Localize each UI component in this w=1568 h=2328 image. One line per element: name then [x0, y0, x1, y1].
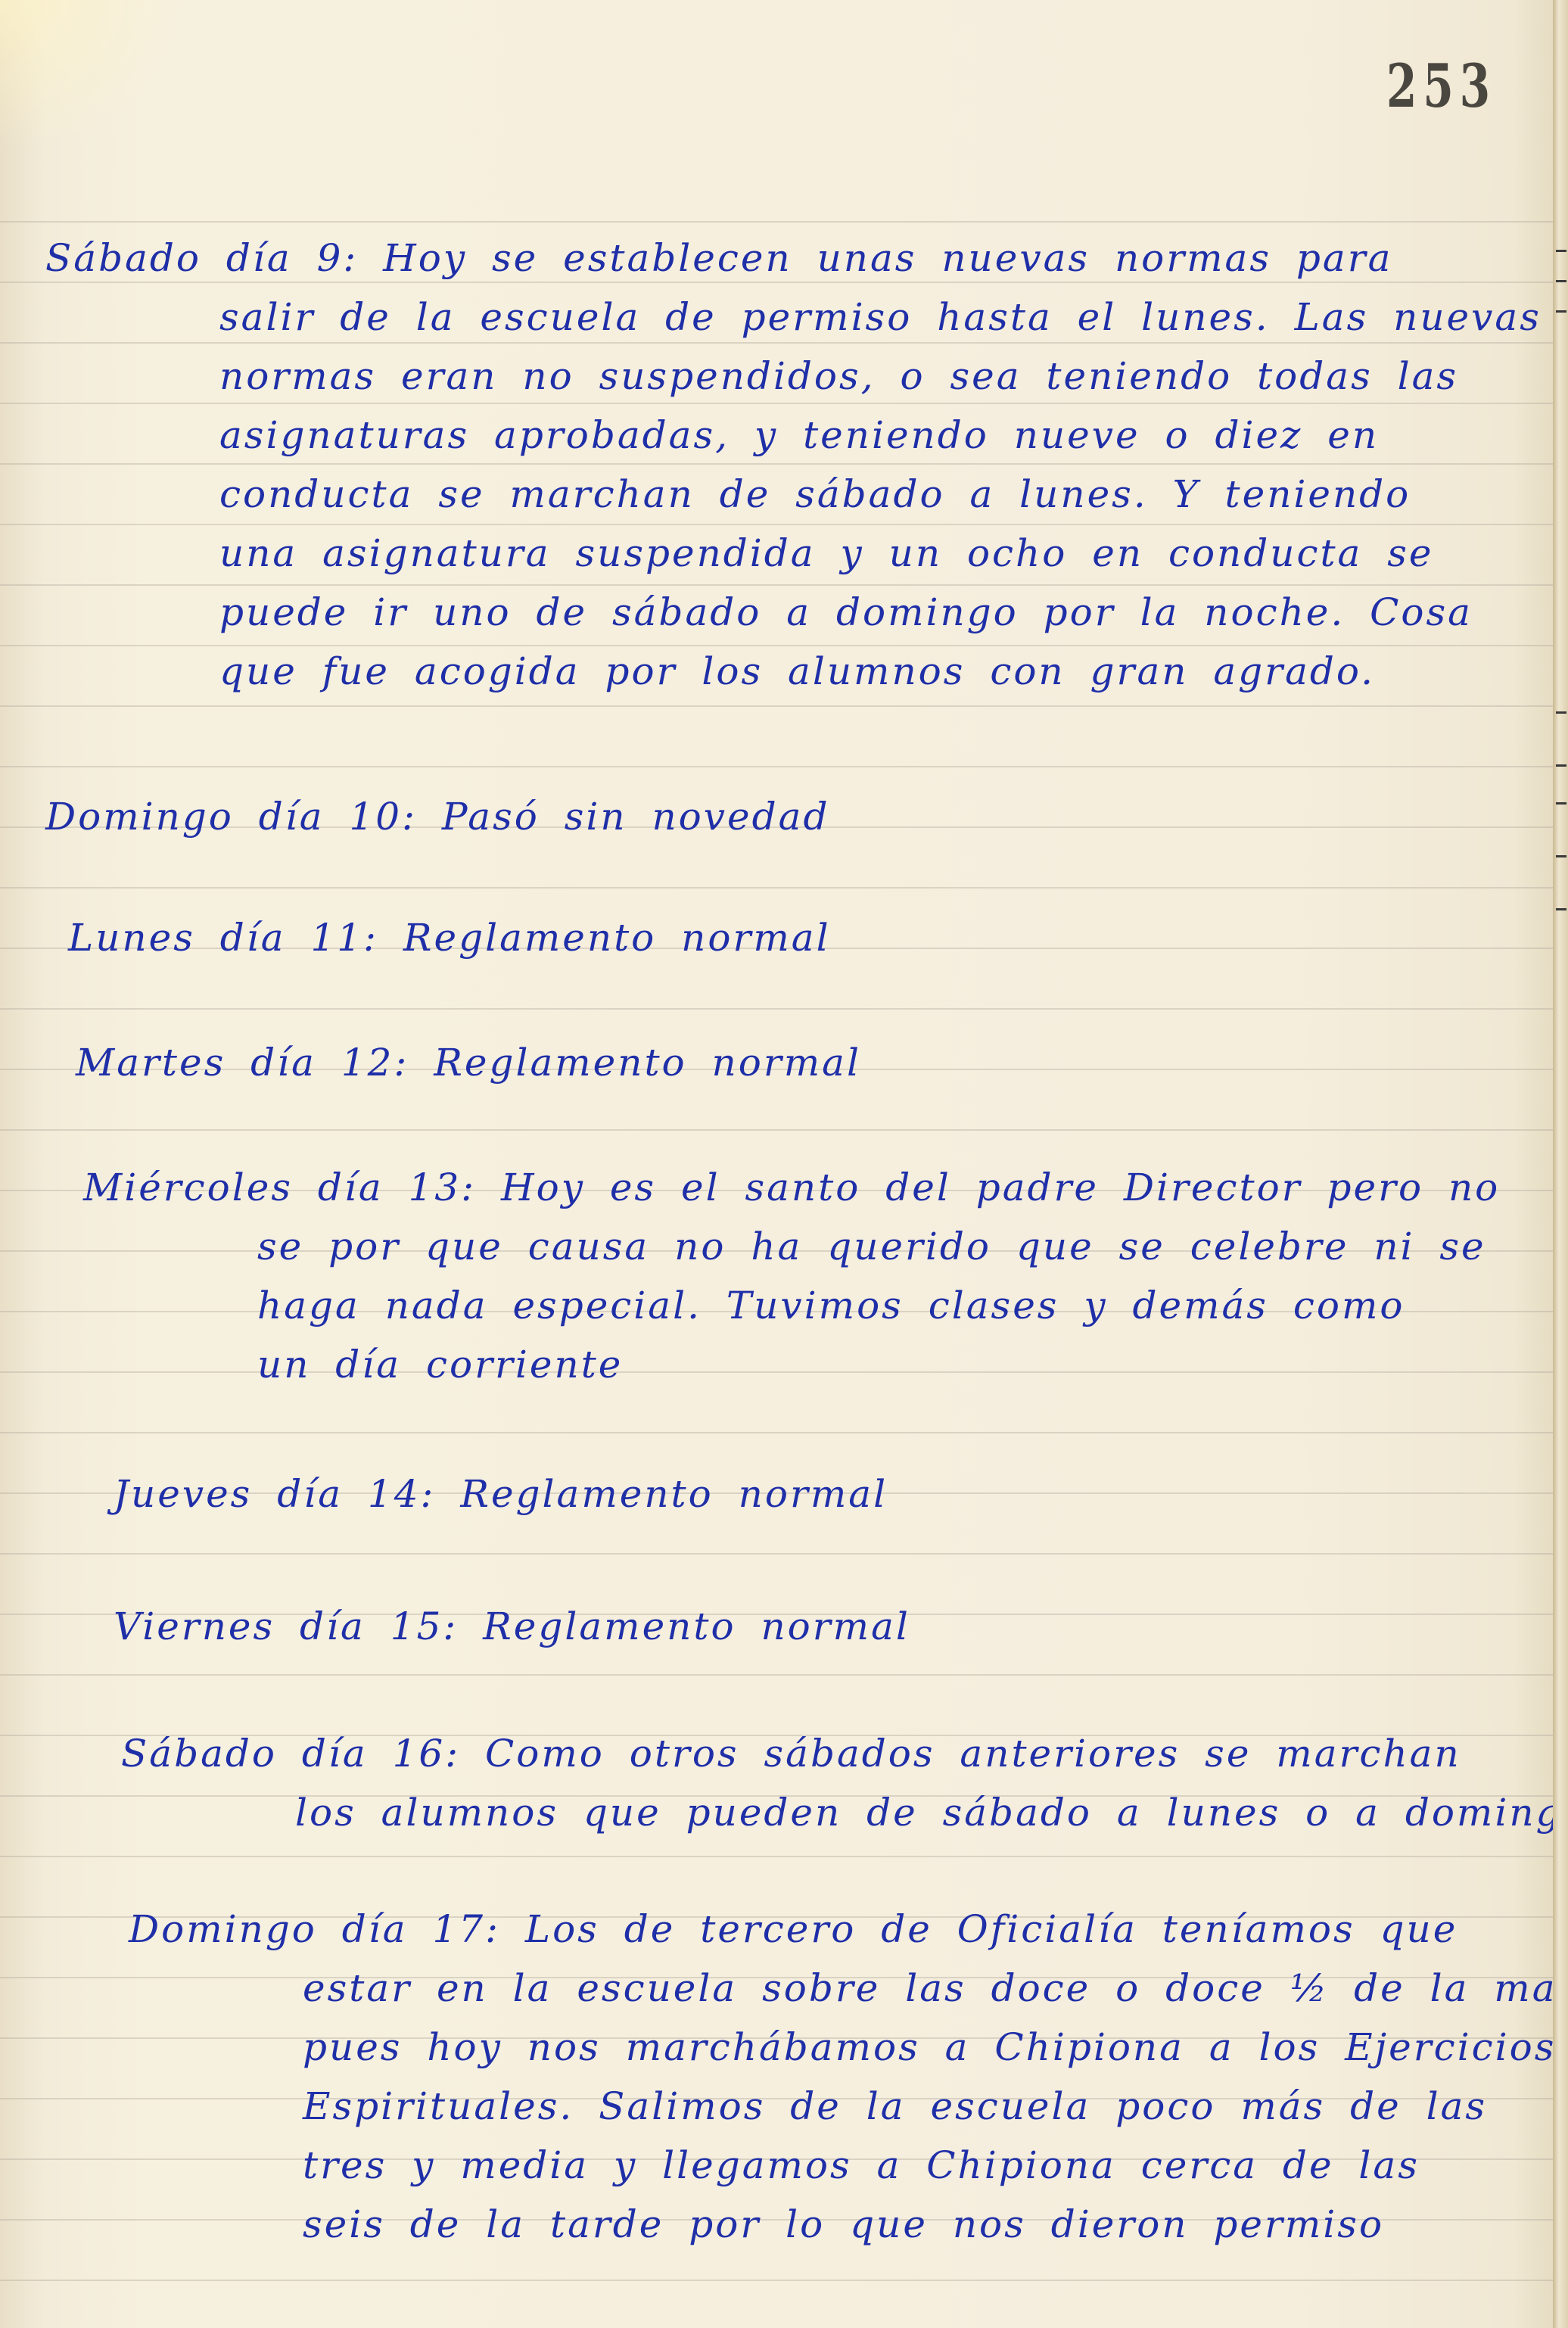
- entry-text: Los de tercero de Oficialía teníamos que: [525, 1907, 1458, 1951]
- entry-line: tres y media y llegamos a Chipiona cerca…: [129, 2136, 1553, 2195]
- entry-line: Domingo día 10: Pasó sin novedad: [45, 787, 829, 846]
- edge-mark: [1556, 250, 1566, 252]
- edge-mark: [1556, 280, 1566, 282]
- entry-heading: Domingo día 10:: [45, 795, 417, 839]
- ruled-line: [0, 2280, 1553, 2281]
- entry-heading: Domingo día 17:: [129, 1907, 500, 1951]
- edge-mark: [1556, 908, 1566, 910]
- diary-entry-lunes-11: Lunes día 11: Reglamento normal: [68, 908, 831, 967]
- edge-mark: [1556, 711, 1566, 714]
- diary-entry-sabado-9: Sábado día 9: Hoy se establecen unas nue…: [45, 229, 1542, 701]
- diary-entry-domingo-10: Domingo día 10: Pasó sin novedad: [45, 787, 829, 846]
- entry-text: Reglamento normal: [460, 1472, 888, 1516]
- entry-text: Como otros sábados anteriores se marchan: [485, 1732, 1461, 1776]
- diary-entry-jueves-14: Jueves día 14: Reglamento normal: [114, 1464, 888, 1523]
- entry-line: conducta se marchan de sábado a lunes. Y…: [45, 465, 1542, 524]
- edge-mark: [1556, 764, 1566, 767]
- ruled-line: [0, 1432, 1553, 1433]
- entry-line: Viernes día 15: Reglamento normal: [114, 1597, 910, 1656]
- entry-line: un día corriente: [83, 1335, 1500, 1394]
- ruled-line: [0, 887, 1553, 889]
- diary-entry-martes-12: Martes día 12: Reglamento normal: [76, 1033, 861, 1092]
- entry-line: asignaturas aprobadas, y teniendo nueve …: [45, 406, 1542, 465]
- ruled-line: [0, 766, 1553, 767]
- edge-mark: [1556, 310, 1566, 313]
- edge-mark: [1556, 802, 1566, 805]
- entry-heading: Viernes día 15:: [114, 1604, 458, 1648]
- entry-line: salir de la escuela de permiso hasta el …: [45, 288, 1542, 347]
- page-edge: [1553, 0, 1568, 2328]
- entry-line: Lunes día 11: Reglamento normal: [68, 908, 831, 967]
- ruled-line: [0, 221, 1553, 223]
- entry-line: los alumnos que pueden de sábado a lunes…: [121, 1783, 1553, 1842]
- entry-text: Hoy se establecen unas nuevas normas par…: [383, 236, 1392, 280]
- ruled-line: [0, 1674, 1553, 1676]
- entry-line: Martes día 12: Reglamento normal: [76, 1033, 861, 1092]
- entry-text: Reglamento normal: [434, 1041, 861, 1085]
- entry-text: Pasó sin novedad: [442, 795, 830, 839]
- ruled-line: [0, 705, 1553, 707]
- entry-text: Hoy es el santo del padre Director pero …: [501, 1166, 1500, 1209]
- ruled-line: [0, 1008, 1553, 1010]
- entry-line: Jueves día 14: Reglamento normal: [114, 1464, 888, 1523]
- ruled-line: [0, 1553, 1553, 1555]
- diary-entry-domingo-17: Domingo día 17: Los de tercero de Oficia…: [129, 1900, 1553, 2254]
- entry-line: Miércoles día 13: Hoy es el santo del pa…: [83, 1158, 1500, 1217]
- diary-entry-viernes-15: Viernes día 15: Reglamento normal: [114, 1597, 910, 1656]
- diary-entry-miercoles-13: Miércoles día 13: Hoy es el santo del pa…: [83, 1158, 1500, 1394]
- entry-heading: Sábado día 9:: [45, 236, 358, 280]
- entry-heading: Miércoles día 13:: [83, 1166, 476, 1209]
- diary-entry-sabado-16: Sábado día 16: Como otros sábados anteri…: [121, 1724, 1553, 1842]
- entry-line: haga nada especial. Tuvimos clases y dem…: [83, 1276, 1500, 1335]
- entry-line: una asignatura suspendida y un ocho en c…: [45, 524, 1542, 583]
- entry-heading: Jueves día 14:: [114, 1472, 435, 1516]
- entry-line: Sábado día 9: Hoy se establecen unas nue…: [45, 229, 1542, 288]
- edge-mark: [1556, 855, 1566, 857]
- entry-text: Reglamento normal: [403, 916, 831, 960]
- notebook-page: 253 Sábado día 9: Hoy se establecen unas…: [0, 0, 1553, 2328]
- entry-line: normas eran no suspendidos, o sea tenien…: [45, 347, 1542, 406]
- entry-line: seis de la tarde por lo que nos dieron p…: [129, 2195, 1553, 2254]
- entry-heading: Martes día 12:: [76, 1041, 409, 1085]
- entry-line: pues hoy nos marchábamos a Chipiona a lo…: [129, 2018, 1553, 2077]
- entry-line: Sábado día 16: Como otros sábados anteri…: [121, 1724, 1553, 1783]
- ruled-line: [0, 1129, 1553, 1131]
- ruled-line: [0, 1856, 1553, 1857]
- entry-line: Espirituales. Salimos de la escuela poco…: [129, 2077, 1553, 2136]
- entry-heading: Lunes día 11:: [68, 916, 378, 960]
- entry-line: que fue acogida por los alumnos con gran…: [45, 642, 1542, 701]
- entry-line: estar en la escuela sobre las doce o doc…: [129, 1959, 1553, 2018]
- entry-line: Domingo día 17: Los de tercero de Oficia…: [129, 1900, 1553, 1959]
- entry-line: se por que causa no ha querido que se ce…: [83, 1217, 1500, 1276]
- page-number: 253: [1386, 51, 1496, 121]
- entry-text: Reglamento normal: [483, 1604, 910, 1648]
- entry-heading: Sábado día 16:: [121, 1732, 460, 1776]
- entry-line: puede ir uno de sábado a domingo por la …: [45, 583, 1542, 642]
